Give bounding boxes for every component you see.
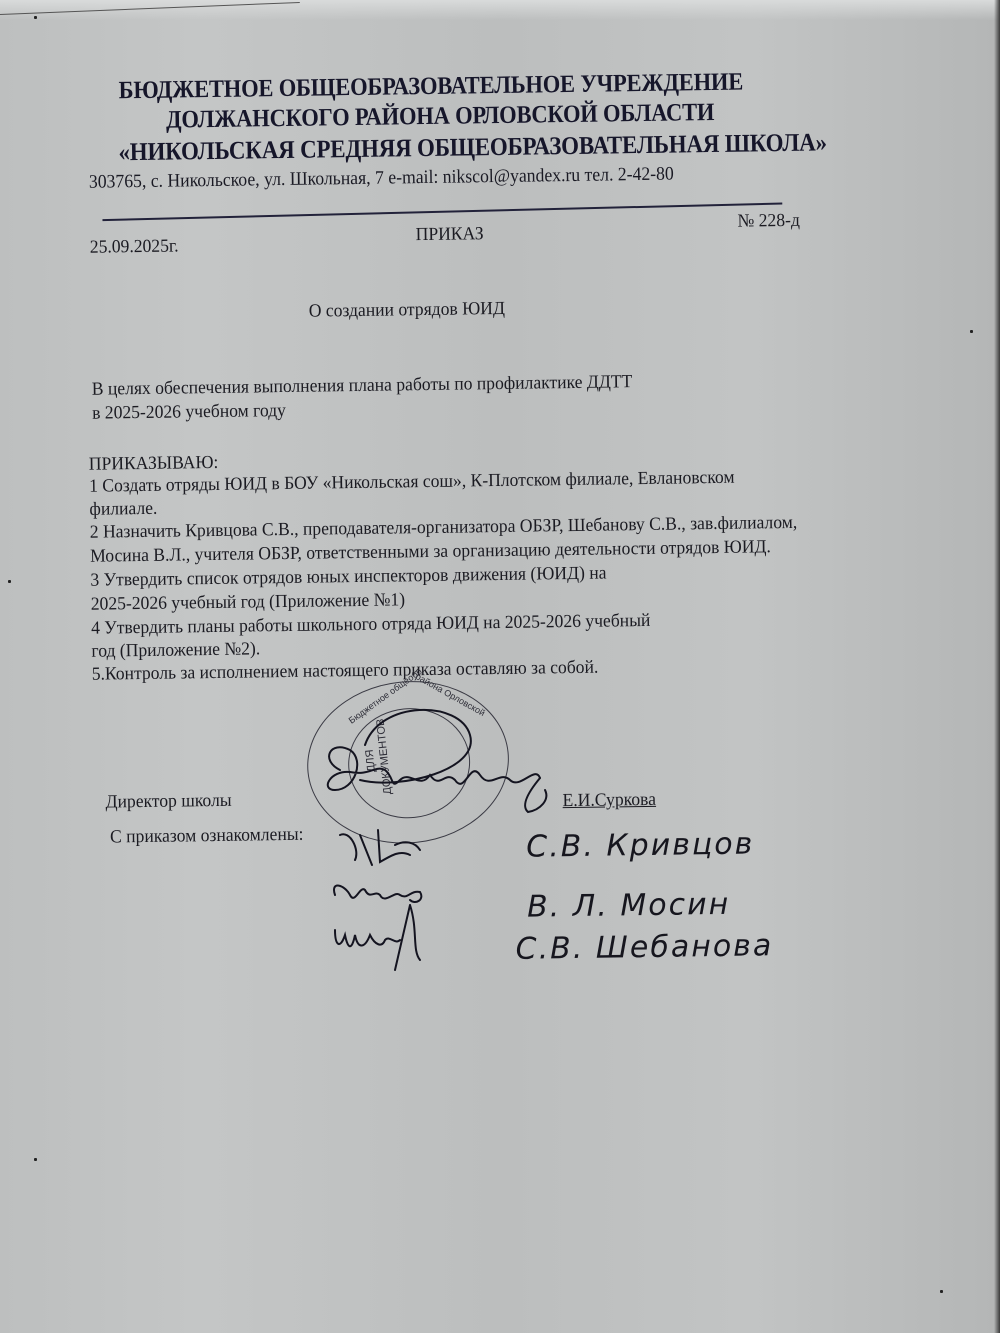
paper-speck	[940, 1290, 943, 1293]
handwritten-name-krivtsov: С.В. Кривцов	[526, 826, 755, 864]
director-name: Е.И.Суркова	[562, 791, 656, 811]
acknowledged-label: С приказом ознакомлены:	[110, 826, 304, 847]
header-divider	[102, 202, 782, 220]
handwritten-name-shebanova: С.В. Шебанова	[515, 928, 773, 967]
paper-speck	[8, 580, 11, 583]
paper-speck	[34, 16, 37, 19]
director-label: Директор школы	[105, 792, 231, 812]
school-address: 303765, с. Никольское, ул. Школьная, 7 e…	[89, 164, 674, 194]
order-item-3-cont: 2025-2026 учебный год (Приложение №1)	[91, 591, 406, 614]
order-item-4-cont: год (Приложение №2).	[91, 640, 260, 661]
order-item-4: 4 Утвердить планы работы школьного отряд…	[91, 612, 650, 638]
preamble-line-2: в 2025-2026 учебном году	[92, 402, 286, 423]
order-item-5: 5.Контроль за исполнением настоящего при…	[92, 659, 599, 685]
official-stamp: Бюджетное общеобр. района Орловской ДЛЯ …	[299, 672, 516, 854]
order-item-1-cont: филиале.	[89, 500, 157, 519]
document-page: БЮДЖЕТНОЕ ОБЩЕОБРАЗОВАТЕЛЬНОЕ УЧРЕЖДЕНИЕ…	[0, 0, 1000, 1333]
paper-speck	[970, 330, 973, 333]
order-title: ПРИКАЗ	[416, 225, 484, 244]
order-subject: О создании отрядов ЮИД	[309, 300, 505, 321]
paper-speck	[34, 1158, 37, 1161]
order-number: № 228-д	[737, 212, 800, 231]
order-item-2-cont: Мосина В.Л., учителя ОБЗР, ответственным…	[90, 538, 771, 566]
handwritten-name-mosin: В. Л. Мосин	[527, 887, 731, 925]
order-word: ПРИКАЗЫВАЮ:	[89, 454, 219, 474]
preamble-line-1: В целях обеспечения выполнения плана раб…	[92, 373, 633, 399]
order-item-3: 3 Утвердить список отрядов юных инспекто…	[90, 565, 606, 591]
order-date: 25.09.2025г.	[90, 237, 179, 257]
stamp-center-text: ДЛЯ ДОКУМЕНТОВ	[360, 721, 427, 797]
